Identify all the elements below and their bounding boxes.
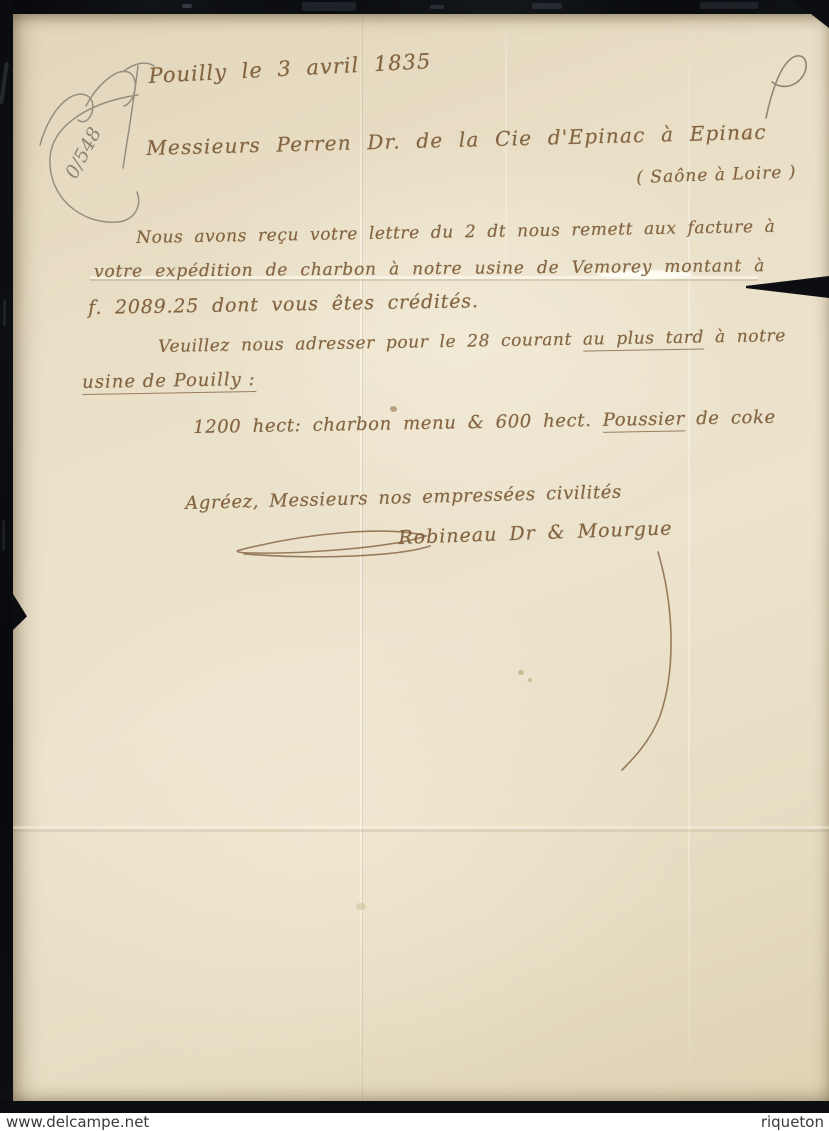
signature-flourish: [230, 520, 690, 780]
order-line-underlined: Poussier: [603, 408, 685, 432]
body-line-4-post: à notre: [704, 326, 786, 347]
scanner-frame-top: [0, 0, 829, 14]
fold-crease-vertical-top: [505, 14, 507, 294]
frame-glint-3: [430, 5, 444, 9]
watermark-seller: riqueton: [761, 1113, 829, 1131]
frame-glint-2: [302, 2, 356, 11]
foxing-spot-3: [356, 903, 366, 910]
fold-crease-horizontal-middle-shadow: [13, 829, 829, 832]
frame-streak-3: [2, 520, 5, 550]
order-line-post: de coke: [685, 407, 776, 430]
pencil-registry-monogram: 0/548: [20, 40, 170, 240]
watermark-site: www.delcampe.net: [0, 1113, 149, 1131]
scanner-frame-left: [0, 0, 13, 1113]
ink-stain-spot: [390, 406, 397, 412]
frame-glint-4: [532, 3, 562, 9]
frame-streak-2: [3, 300, 6, 326]
body-line-5: usine de Pouilly :: [82, 369, 256, 393]
frame-glint-1: [182, 4, 192, 8]
scanner-frame-bottom: [0, 1101, 829, 1113]
frame-glint-5: [700, 2, 758, 9]
pencil-registry-note: 0/548: [61, 124, 106, 183]
scanned-letter-viewport: Pouilly le 3 avril 1835 Messieurs Perren…: [0, 0, 829, 1131]
watermark-band: www.delcampe.net riqueton: [0, 1113, 829, 1131]
body-line-4-underlined: au plus tard: [583, 327, 704, 351]
body-line-5-underlined: usine de Pouilly :: [82, 369, 256, 395]
frame-streak-1: [0, 62, 9, 104]
pencil-initial-mark: [748, 48, 820, 126]
